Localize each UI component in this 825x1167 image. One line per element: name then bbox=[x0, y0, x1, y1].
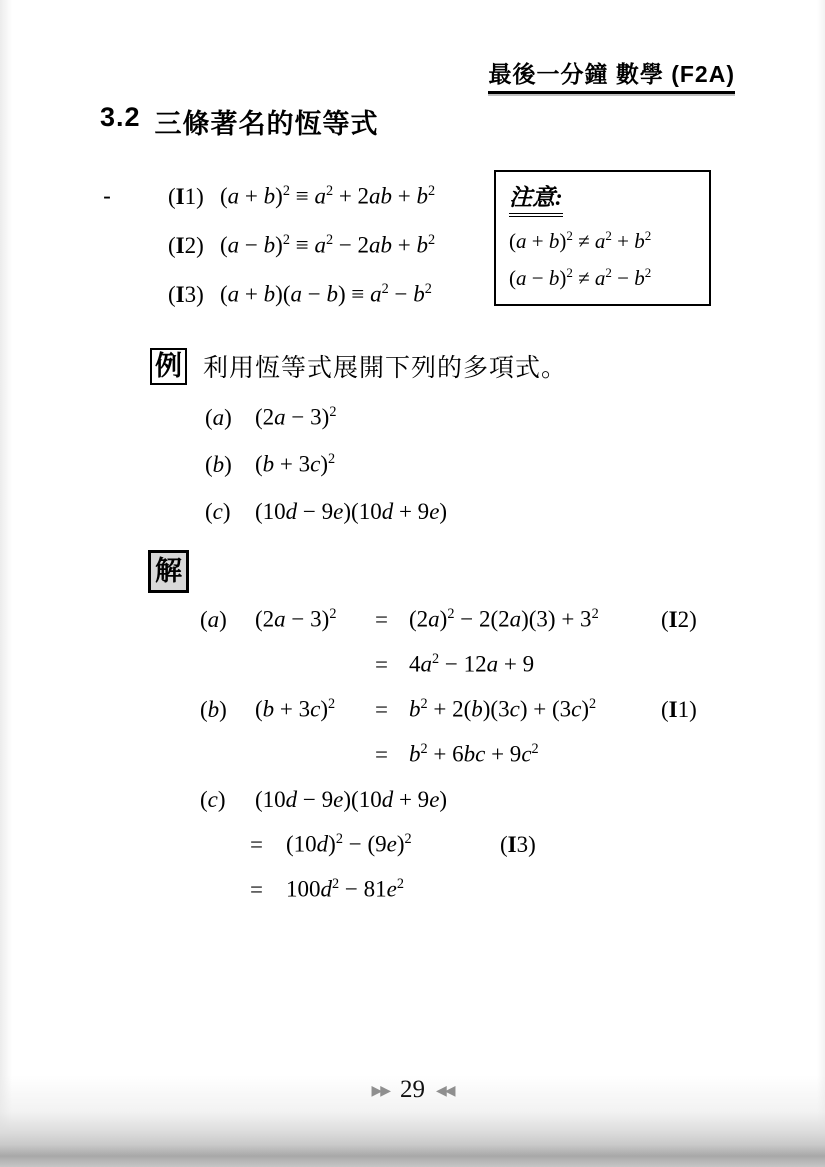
equals-sign: = bbox=[375, 652, 409, 678]
identity-row: (I1) (a + b)2 ≡ a2 + 2ab + b2 bbox=[168, 172, 435, 221]
example-badge: 例 bbox=[150, 348, 187, 385]
solution-row: (b) (b + 3c)2 = b2 + 2(b)(3c) + (3c)2 (I… bbox=[200, 687, 697, 732]
row-label: (c) bbox=[200, 787, 255, 813]
identity-tag: (I1) bbox=[661, 697, 697, 723]
example-item: (a) (2a − 3)2 bbox=[205, 394, 567, 441]
section-title: 三條著名的恆等式 bbox=[155, 102, 379, 141]
note-box: 注意: (a + b)2 ≠ a2 + b2 (a − b)2 ≠ a2 − b… bbox=[494, 170, 711, 306]
example-prompt: 利用恆等式展開下列的多項式。 bbox=[203, 348, 567, 388]
row-rhs: (10d)2 − (9e)2 bbox=[286, 831, 500, 858]
left-edge-shadow bbox=[0, 0, 12, 1167]
row-rhs: b2 + 2(b)(3c) + (3c)2 bbox=[409, 696, 661, 723]
solution-row: = 4a2 − 12a + 9 bbox=[200, 642, 697, 687]
item-formula: (10d − 9e)(10d + 9e) bbox=[255, 499, 447, 525]
identity-label: (I2) bbox=[168, 233, 220, 259]
note-line: (a − b)2 ≠ a2 − b2 bbox=[509, 265, 696, 291]
row-rhs: (2a)2 − 2(2a)(3) + 32 bbox=[409, 606, 661, 633]
row-rhs: 100d2 − 81e2 bbox=[286, 876, 500, 903]
identity-label: (I1) bbox=[168, 184, 220, 210]
example-block: 例 利用恆等式展開下列的多項式。 (a) (2a − 3)2 (b) (b + … bbox=[150, 348, 567, 535]
item-label: (c) bbox=[205, 499, 255, 525]
equals-sign: = bbox=[375, 607, 409, 633]
equals-sign: = bbox=[375, 697, 409, 723]
nav-forward-icon[interactable]: ▶▶ bbox=[371, 1083, 389, 1097]
note-title: 注意: bbox=[509, 179, 563, 217]
document-page: 最後一分鐘 數學 (F2A) 3.2 三條著名的恆等式 - (I1) (a + … bbox=[0, 0, 825, 1167]
row-rhs: 4a2 − 12a + 9 bbox=[409, 651, 661, 678]
solution-row: = b2 + 6bc + 9c2 bbox=[200, 732, 697, 777]
page-number: 29 bbox=[400, 1076, 425, 1104]
section-number: 3.2 bbox=[100, 102, 141, 141]
equals-sign: = bbox=[250, 832, 286, 858]
row-label: (b) bbox=[200, 697, 255, 723]
right-edge-shadow bbox=[817, 0, 825, 1167]
bullet-dash: - bbox=[103, 172, 168, 319]
solution-row: = (10d)2 − (9e)2 (I3) bbox=[250, 822, 697, 867]
solution-row: (a) (2a − 3)2 = (2a)2 − 2(2a)(3) + 32 (I… bbox=[200, 597, 697, 642]
nav-back-icon[interactable]: ◀◀ bbox=[436, 1083, 454, 1097]
example-item: (c) (10d − 9e)(10d + 9e) bbox=[205, 488, 567, 535]
identity-tag: (I2) bbox=[661, 607, 697, 633]
equals-sign: = bbox=[375, 742, 409, 768]
item-label: (b) bbox=[205, 452, 255, 478]
page-footer: ▶▶ 29 ◀◀ bbox=[0, 1076, 825, 1104]
identity-row: (I3) (a + b)(a − b) ≡ a2 − b2 bbox=[168, 270, 435, 319]
identity-tag: (I3) bbox=[500, 832, 536, 858]
row-lhs: (10d − 9e)(10d + 9e) bbox=[255, 787, 447, 813]
item-formula: (b + 3c)2 bbox=[255, 451, 335, 478]
row-rhs: b2 + 6bc + 9c2 bbox=[409, 741, 661, 768]
identity-formula: (a + b)2 ≡ a2 + 2ab + b2 bbox=[220, 183, 435, 210]
row-lhs: (2a − 3)2 bbox=[255, 606, 375, 633]
row-lhs: (b + 3c)2 bbox=[255, 696, 375, 723]
solution-row: = 100d2 − 81e2 bbox=[250, 867, 697, 912]
item-label: (a) bbox=[205, 405, 255, 431]
section-title-row: 3.2 三條著名的恆等式 bbox=[100, 102, 379, 141]
item-formula: (2a − 3)2 bbox=[255, 404, 336, 431]
example-items: (a) (2a − 3)2 (b) (b + 3c)2 (c) (10d − 9… bbox=[205, 394, 567, 535]
example-header: 例 利用恆等式展開下列的多項式。 bbox=[150, 348, 567, 388]
solution-row: (c) (10d − 9e)(10d + 9e) bbox=[200, 777, 697, 822]
header-title: 最後一分鐘 數學 (F2A) bbox=[488, 56, 735, 94]
identity-label: (I3) bbox=[168, 282, 220, 308]
page-header: 最後一分鐘 數學 (F2A) bbox=[488, 56, 735, 94]
solution-badge: 解 bbox=[148, 550, 189, 593]
identity-row: (I2) (a − b)2 ≡ a2 − 2ab + b2 bbox=[168, 221, 435, 270]
example-item: (b) (b + 3c)2 bbox=[205, 441, 567, 488]
note-line: (a + b)2 ≠ a2 + b2 bbox=[509, 228, 696, 254]
equals-sign: = bbox=[250, 877, 286, 903]
solution-rows: (a) (2a − 3)2 = (2a)2 − 2(2a)(3) + 32 (I… bbox=[200, 597, 697, 912]
identity-formula: (a − b)2 ≡ a2 − 2ab + b2 bbox=[220, 232, 435, 259]
solution-block: 解 (a) (2a − 3)2 = (2a)2 − 2(2a)(3) + 32 … bbox=[148, 550, 697, 912]
row-label: (a) bbox=[200, 607, 255, 633]
identity-formula: (a + b)(a − b) ≡ a2 − b2 bbox=[220, 281, 432, 308]
identities-block: - (I1) (a + b)2 ≡ a2 + 2ab + b2 (I2) (a … bbox=[103, 172, 435, 319]
identities-list: (I1) (a + b)2 ≡ a2 + 2ab + b2 (I2) (a − … bbox=[168, 172, 435, 319]
